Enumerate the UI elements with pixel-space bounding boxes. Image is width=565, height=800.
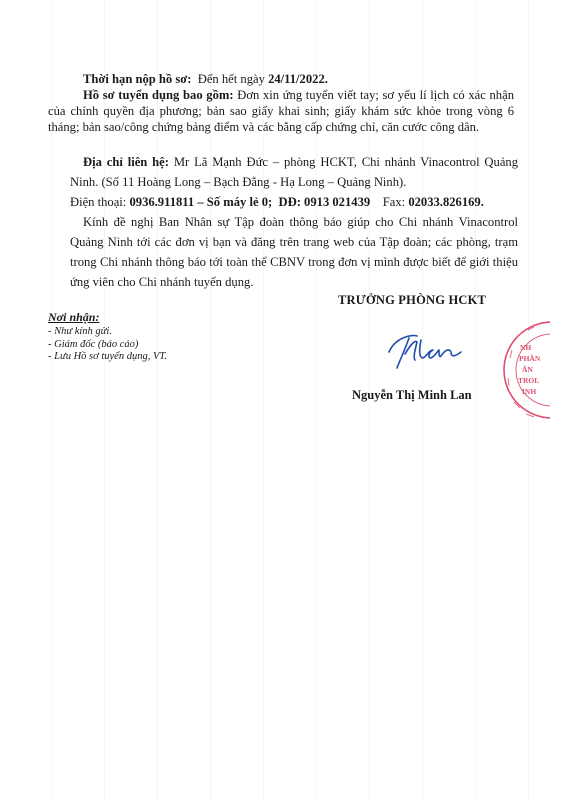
deadline-label: Thời hạn nộp hồ sơ:	[83, 72, 191, 86]
signer-title: TRƯỞNG PHÒNG HCKT	[338, 293, 486, 308]
document-body-bottom: Địa chỉ liên hệ: Mr Lã Mạnh Đức – phòng …	[70, 152, 518, 292]
red-stamp: NH PHẦN ÂN TROL INH	[470, 318, 550, 423]
deadline-paragraph: Thời hạn nộp hồ sơ: Đến hết ngày 24/11/2…	[48, 71, 514, 87]
recipients-heading: Nơi nhận:	[48, 310, 167, 325]
recipient-item: - Lưu Hồ sơ tuyển dụng, VT.	[48, 351, 167, 364]
request-paragraph: Kính đề nghị Ban Nhân sự Tập đoàn thông …	[70, 212, 518, 292]
contact-paragraph: Địa chỉ liên hệ: Mr Lã Mạnh Đức – phòng …	[70, 152, 518, 192]
recipient-item: - Như kính gửi.	[48, 326, 167, 339]
svg-text:INH: INH	[522, 387, 536, 396]
fax-number: 02033.826169.	[408, 195, 484, 209]
mobile-label: DĐ:	[279, 195, 301, 209]
dossier-label: Hồ sơ tuyển dụng bao gồm:	[83, 88, 234, 102]
mobile-number: 0913 021439	[304, 195, 370, 209]
svg-text:TROL: TROL	[518, 376, 539, 385]
recipients-block: Nơi nhận: - Như kính gửi. - Giám đốc (bá…	[48, 310, 167, 364]
phone-paragraph: Điện thoại: 0936.911811 – Số máy lẻ 0; D…	[70, 192, 518, 212]
svg-text:ÂN: ÂN	[522, 364, 533, 374]
contact-label: Địa chỉ liên hệ:	[83, 155, 169, 169]
phone-number: 0936.911811 – Số máy lẻ 0;	[129, 195, 272, 209]
signer-name: Nguyễn Thị Minh Lan	[352, 388, 472, 403]
phone-label: Điện thoại:	[70, 195, 126, 209]
handwritten-signature	[385, 332, 465, 372]
svg-text:NH: NH	[520, 343, 531, 352]
document-body-top: Thời hạn nộp hồ sơ: Đến hết ngày 24/11/2…	[48, 71, 514, 135]
deadline-date: 24/11/2022.	[268, 72, 328, 86]
deadline-text: Đến hết ngày	[198, 72, 265, 86]
fax-label: Fax:	[383, 195, 405, 209]
dossier-paragraph: Hồ sơ tuyển dụng bao gồm: Đơn xin ứng tu…	[48, 87, 514, 135]
svg-text:PHẦN: PHẦN	[519, 353, 541, 363]
recipient-item: - Giám đốc (báo cáo)	[48, 339, 167, 352]
